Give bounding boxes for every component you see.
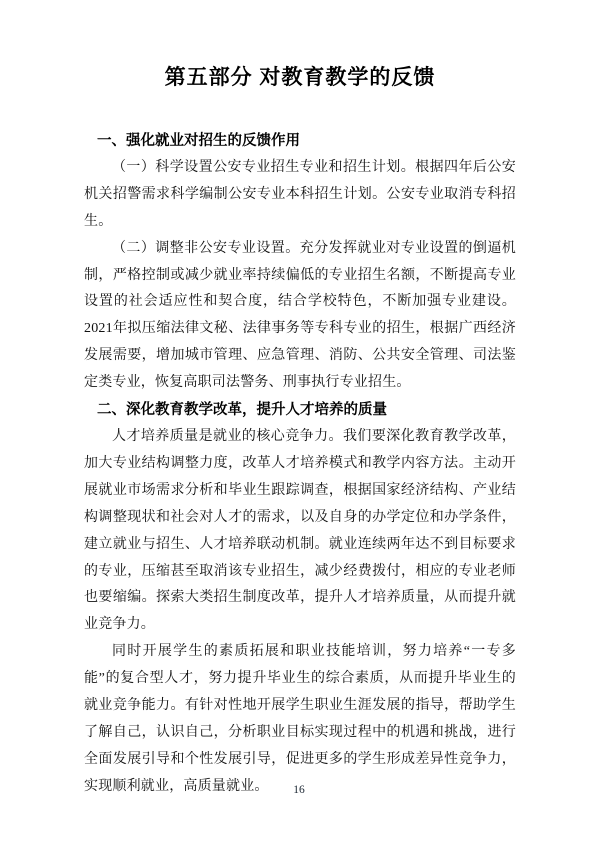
paragraph: 同时开展学生的素质拓展和职业技能培训，努力培养“一专多能”的复合型人才，努力提升…	[84, 639, 516, 800]
paragraph: 人才培养质量是就业的核心竞争力。我们要深化教育教学改革，加大专业结构调整力度，改…	[84, 424, 516, 639]
paragraph: （二）调整非公安专业设置。充分发挥就业对专业设置的倒逼机制，严格控制或减少就业率…	[84, 236, 516, 397]
section-heading-1: 一、强化就业对招生的反馈作用	[84, 128, 516, 155]
section-heading-2: 二、深化教育教学改革，提升人才培养的质量	[84, 397, 516, 424]
page-title: 第五部分 对教育教学的反馈	[84, 64, 516, 92]
paragraph: （一）科学设置公安专业招生专业和招生计划。根据四年后公安机关招警需求科学编制公安…	[84, 155, 516, 236]
page-number: 16	[0, 784, 598, 796]
document-page: 第五部分 对教育教学的反馈 一、强化就业对招生的反馈作用 （一）科学设置公安专业…	[0, 0, 598, 848]
